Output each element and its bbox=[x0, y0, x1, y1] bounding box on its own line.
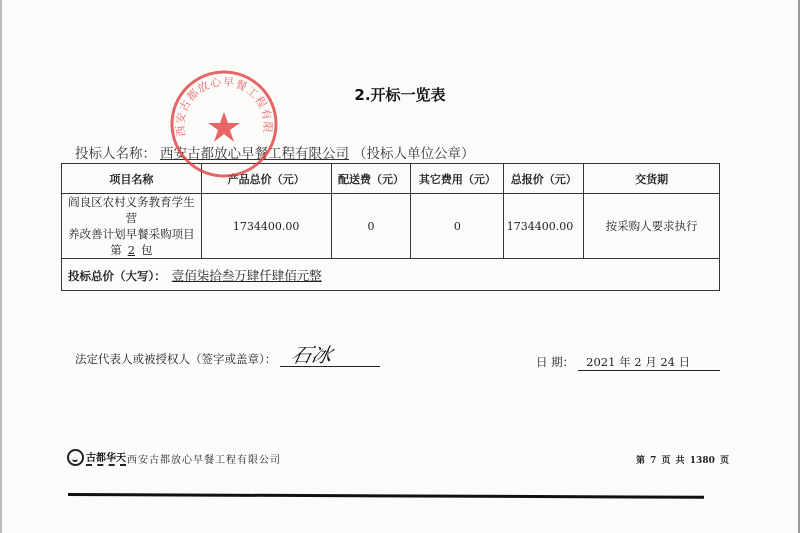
header-product-total: 产品总价（元） bbox=[201, 164, 331, 194]
bidder-note: （投标人单位公章） bbox=[353, 146, 475, 162]
cell-total-in-words: 投标总价（大写）：壹佰柒拾叁万肆仟肆佰元整 bbox=[62, 259, 720, 291]
date-label: 日 期： bbox=[536, 355, 574, 369]
bidder-label: 投标人名称： bbox=[75, 146, 156, 162]
header-total-quote: 总报价（元） bbox=[504, 164, 584, 194]
table-row: 阎良区农村义务教育学生营 养改善计划早餐采购项目 第2包 1734400.00 … bbox=[62, 194, 720, 259]
project-name-line: 养改善计划早餐采购项目 bbox=[64, 226, 199, 242]
total-value: 壹佰柒拾叁万肆仟肆佰元整 bbox=[172, 268, 322, 283]
total-label: 投标总价（大写）： bbox=[68, 269, 166, 283]
bidder-line: 投标人名称：西安古都放心早餐工程有限公司（投标人单位公章） bbox=[75, 142, 475, 162]
smiley-logo-icon bbox=[67, 449, 84, 466]
document-title: 2.开标一览表 bbox=[0, 84, 800, 105]
footer-divider bbox=[68, 493, 704, 499]
cell-delivery-period: 按采购人要求执行 bbox=[584, 194, 720, 259]
signature-line: 法定代表人或被授权人（签字或盖章）：石冰 bbox=[75, 351, 380, 367]
header-delivery-period: 交货期 bbox=[584, 164, 720, 194]
cell-delivery-fee: 0 bbox=[331, 194, 411, 259]
package-suffix: 包 bbox=[141, 243, 153, 257]
package-number: 2 bbox=[122, 243, 141, 257]
header-project-name: 项目名称 bbox=[62, 164, 202, 194]
date-line: 日 期：2021 年 2 月 24 日 bbox=[536, 354, 720, 371]
header-other-fee: 其它费用（元） bbox=[411, 164, 504, 194]
cell-project-name: 阎良区农村义务教育学生营 养改善计划早餐采购项目 第2包 bbox=[62, 194, 202, 259]
handwritten-signature: 石冰 bbox=[289, 339, 335, 368]
signature-label: 法定代表人或被授权人（签字或盖章）： bbox=[75, 352, 276, 366]
page-edge bbox=[0, 0, 2, 533]
bidder-name: 西安古都放心早餐工程有限公司 bbox=[156, 146, 353, 162]
total-row: 投标总价（大写）：壹佰柒拾叁万肆仟肆佰元整 bbox=[62, 259, 720, 291]
bid-opening-table: 项目名称 产品总价（元） 配送费（元） 其它费用（元） 总报价（元） 交货期 阎… bbox=[61, 163, 720, 291]
table-header-row: 项目名称 产品总价（元） 配送费（元） 其它费用（元） 总报价（元） 交货期 bbox=[62, 164, 720, 194]
package-prefix: 第 bbox=[110, 243, 122, 257]
cell-other-fee: 0 bbox=[411, 194, 504, 259]
cell-product-total: 1734400.00 bbox=[201, 194, 331, 259]
package-line: 第2包 bbox=[64, 242, 199, 258]
cell-total-quote: 1734400.00 bbox=[504, 194, 584, 259]
project-name-line: 阎良区农村义务教育学生营 bbox=[64, 194, 199, 226]
signature-field: 石冰 bbox=[280, 352, 380, 367]
footer-company-name: 西安古都放心早餐工程有限公司 bbox=[127, 451, 281, 466]
date-value: 2021 年 2 月 24 日 bbox=[578, 354, 720, 371]
footer-brand: 古都华天 西安古都放心早餐工程有限公司 bbox=[67, 449, 281, 466]
header-delivery-fee: 配送费（元） bbox=[331, 164, 411, 194]
page-number: 第 7 页 共 1380 页 bbox=[636, 453, 729, 466]
logo-text: 古都华天 bbox=[86, 453, 126, 466]
